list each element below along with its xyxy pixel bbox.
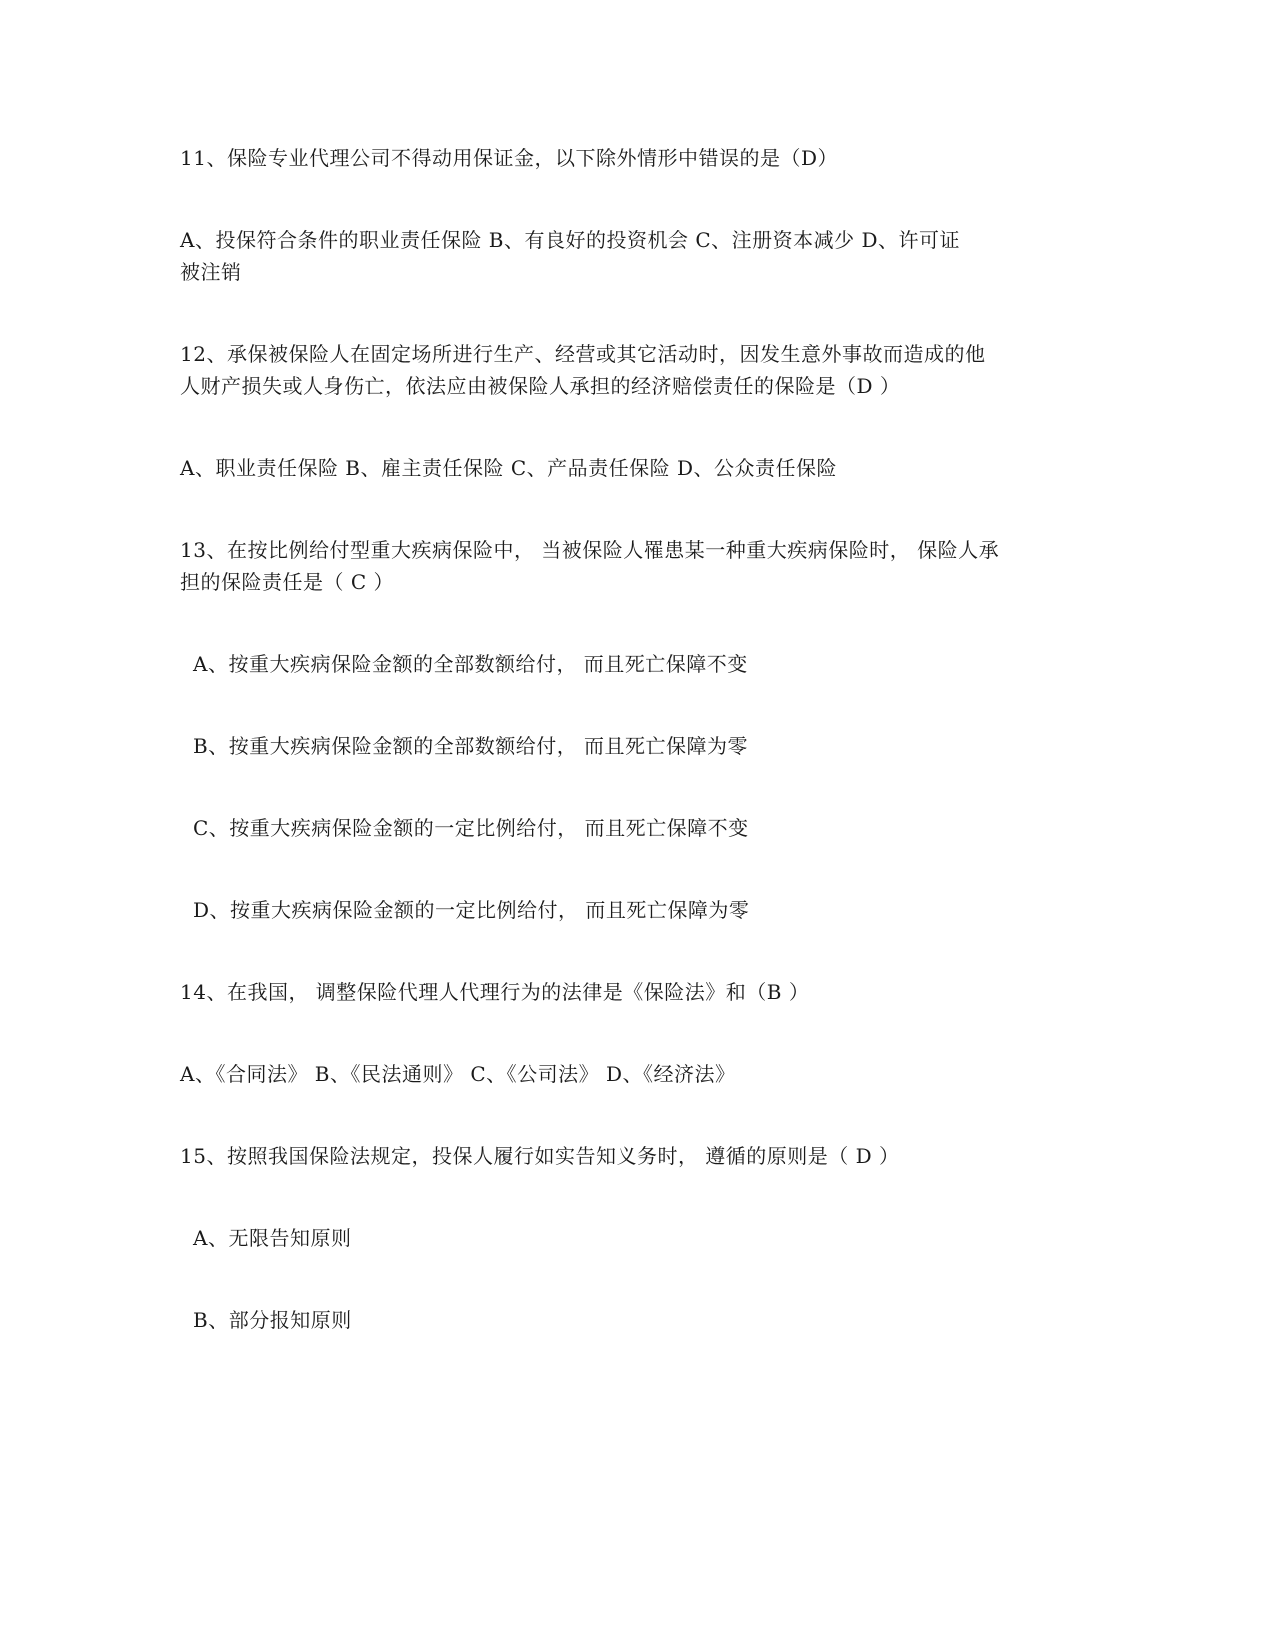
question-15-stem: 15、按照我国保险法规定，投保人履行如实告知义务时， 遵循的原则是（ D ） [180, 1140, 900, 1172]
question-13-option-b: B、按重大疾病保险金额的全部数额给付， 而且死亡保障为零 [193, 730, 748, 762]
question-13-option-c: C、按重大疾病保险金额的一定比例给付， 而且死亡保障不变 [193, 812, 749, 844]
question-11-stem: 11、保险专业代理公司不得动用保证金，以下除外情形中错误的是（D） [180, 142, 838, 174]
question-14-stem: 14、在我国， 调整保险代理人代理行为的法律是《保险法》和（B ） [180, 976, 809, 1008]
question-13-stem: 13、在按比例给付型重大疾病保险中， 当被保险人罹患某一种重大疾病保险时， 保险… [180, 534, 999, 566]
question-11-options: A、投保符合条件的职业责任保险 B、有良好的投资机会 C、注册资本减少 D、许可… [180, 224, 960, 256]
question-13-option-a: A、按重大疾病保险金额的全部数额给付， 而且死亡保障不变 [193, 648, 748, 680]
question-12-stem: 12、承保被保险人在固定场所进行生产、经营或其它活动时，因发生意外事故而造成的他 [180, 338, 985, 370]
question-15-option-b: B、部分报知原则 [193, 1304, 352, 1336]
question-12-stem-cont: 人财产损失或人身伤亡，依法应由被保险人承担的经济赔偿责任的保险是（D ） [180, 370, 900, 402]
question-13-option-d: D、按重大疾病保险金额的一定比例给付， 而且死亡保障为零 [193, 894, 749, 926]
question-11-options-cont: 被注销 [180, 256, 242, 288]
question-12-options: A、职业责任保险 B、雇主责任保险 C、产品责任保险 D、公众责任保险 [180, 452, 837, 484]
question-13-stem-cont: 担的保险责任是（ C ） [180, 566, 394, 598]
question-15-option-a: A、无限告知原则 [193, 1222, 351, 1254]
question-14-options: A、《合同法》 B、《民法通则》 C、《公司法》 D、《经济法》 [180, 1058, 736, 1090]
